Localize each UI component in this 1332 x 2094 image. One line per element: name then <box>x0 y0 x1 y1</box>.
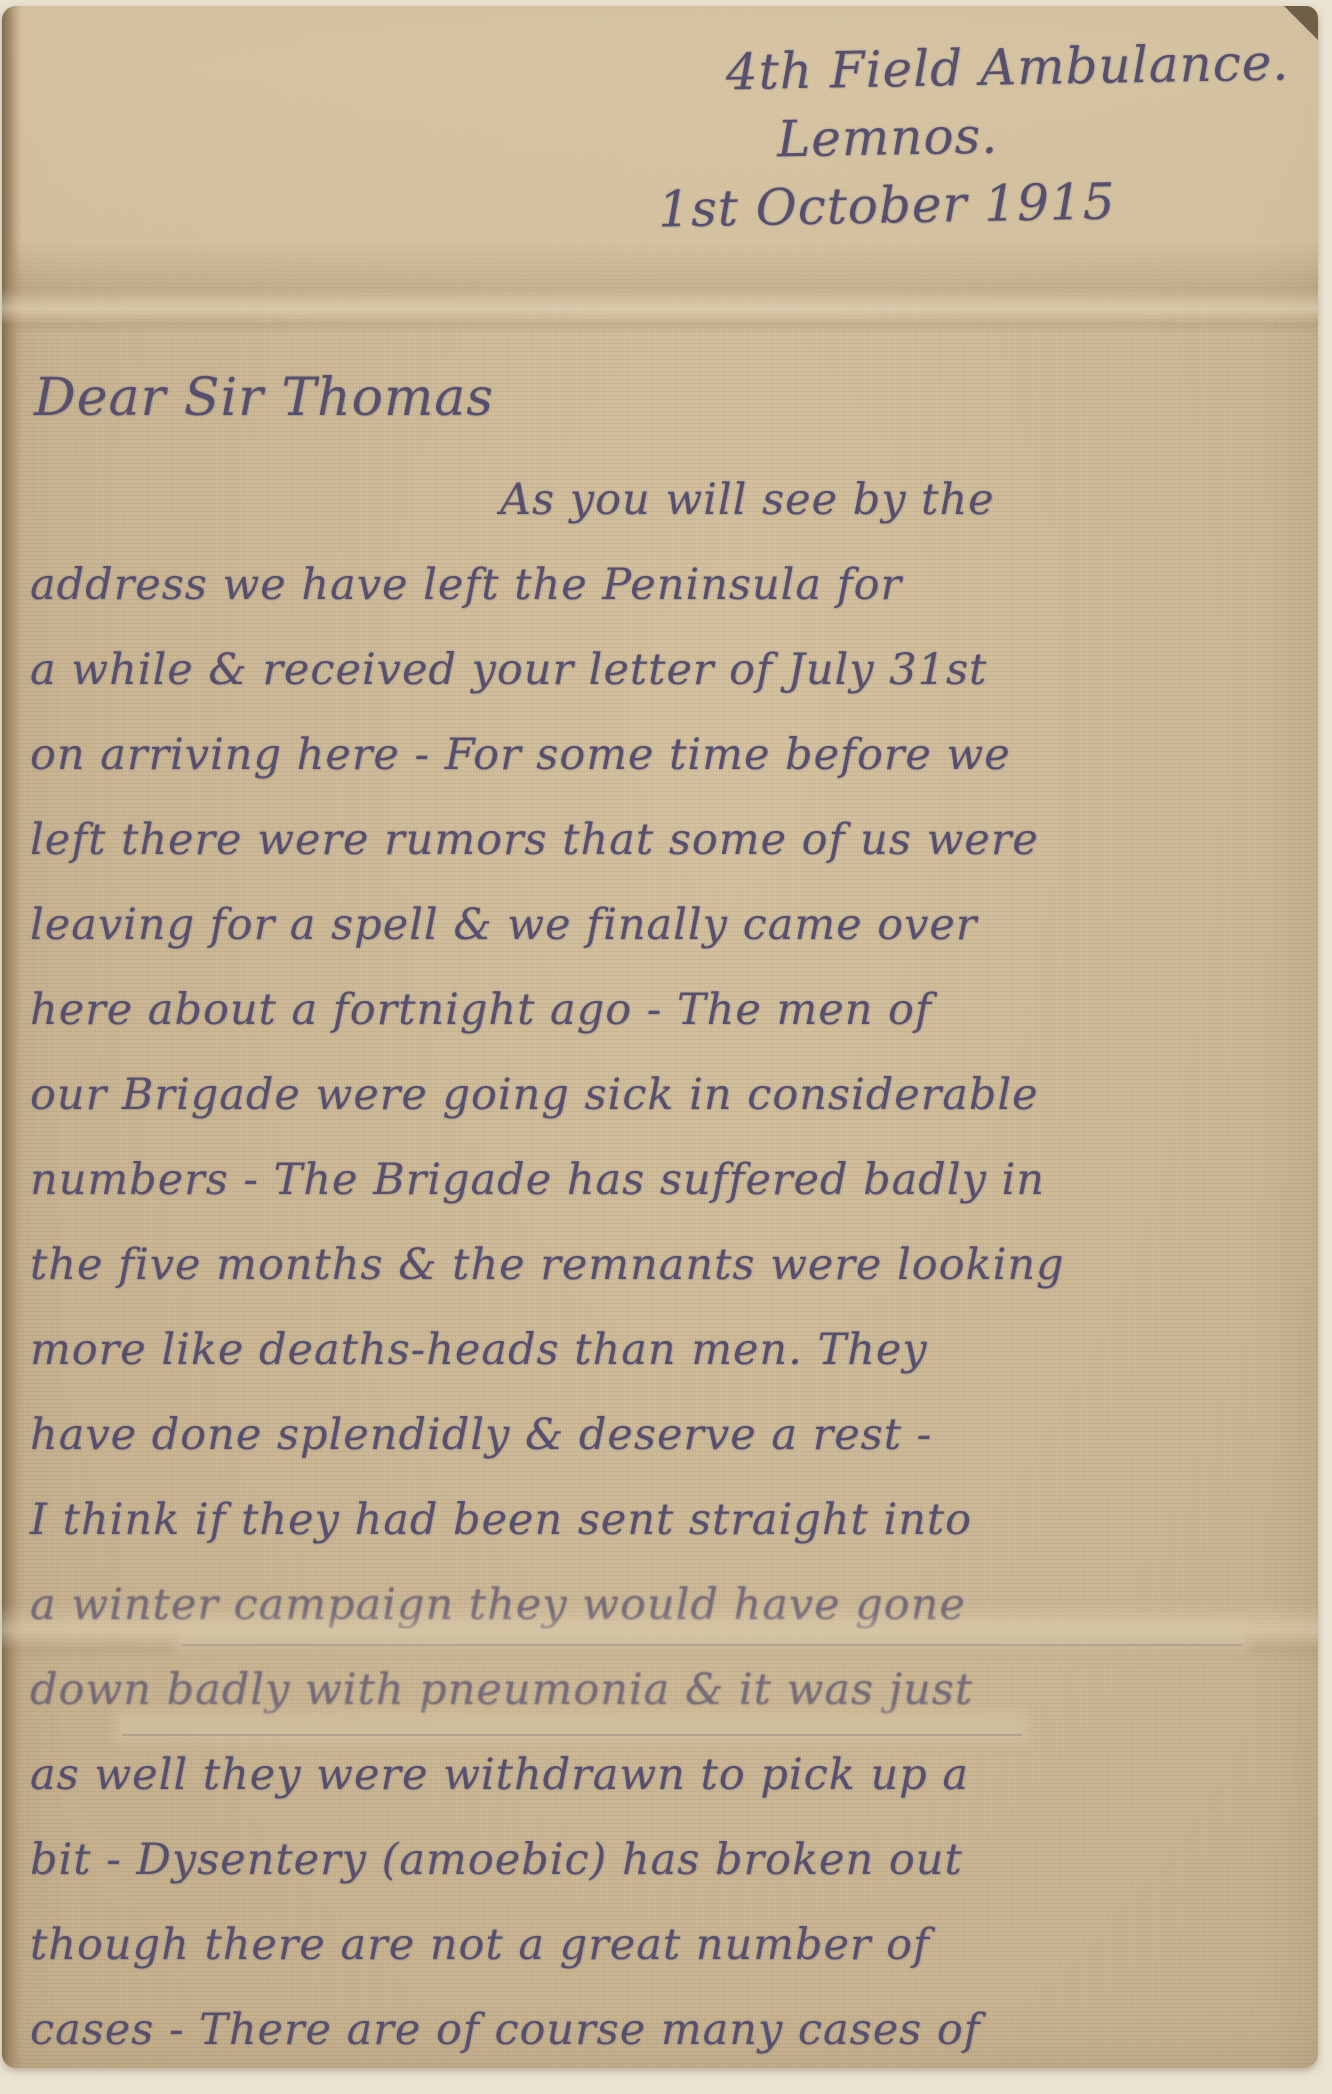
letterhead-place: Lemnos. <box>776 96 1290 173</box>
letterhead-date: 1st October 1915 <box>658 164 1292 243</box>
letter-line: bit - Dysentery (amoebic) has broken out <box>30 1818 1310 1903</box>
letter-body: As you will see by the address we have l… <box>30 458 1310 2073</box>
letterhead-unit: 4th Field Ambulance. <box>725 28 1289 106</box>
crease-smudge <box>122 1718 1022 1736</box>
letter-line: cases - There are of course many cases o… <box>30 1988 1310 2073</box>
letter-line: leaving for a spell & we finally came ov… <box>30 883 1310 968</box>
salutation: Dear Sir Thomas <box>34 368 494 428</box>
letter-line: As you will see by the <box>30 458 1310 543</box>
letter-paper: 4th Field Ambulance. Lemnos. 1st October… <box>2 6 1318 2068</box>
letter-line: left there were rumors that some of us w… <box>30 798 1310 883</box>
letter-line: address we have left the Peninsula for <box>30 543 1310 628</box>
fold-crease-top <box>2 288 1318 334</box>
letter-line: as well they were withdrawn to pick up a <box>30 1733 1310 1818</box>
letter-line: our Brigade were going sick in considera… <box>30 1053 1310 1138</box>
letter-line: the five months & the remnants were look… <box>30 1223 1310 1308</box>
letter-line: numbers - The Brigade has suffered badly… <box>30 1138 1310 1223</box>
letter-line: a while & received your letter of July 3… <box>30 628 1310 713</box>
letter-line: more like deaths-heads than men. They <box>30 1308 1310 1393</box>
dog-ear-corner <box>1284 6 1318 40</box>
letterhead: 4th Field Ambulance. Lemnos. 1st October… <box>655 28 1292 243</box>
letter-line: here about a fortnight ago - The men of <box>30 968 1310 1053</box>
letter-line: on arriving here - For some time before … <box>30 713 1310 798</box>
letter-line: though there are not a great number of <box>30 1903 1310 1988</box>
scan-background: { "page": { "background_color": "#eae3d2… <box>0 0 1332 2094</box>
letter-line: have done splendidly & deserve a rest - <box>30 1393 1310 1478</box>
crease-smudge <box>182 1628 1242 1646</box>
letter-line: I think if they had been sent straight i… <box>30 1478 1310 1563</box>
